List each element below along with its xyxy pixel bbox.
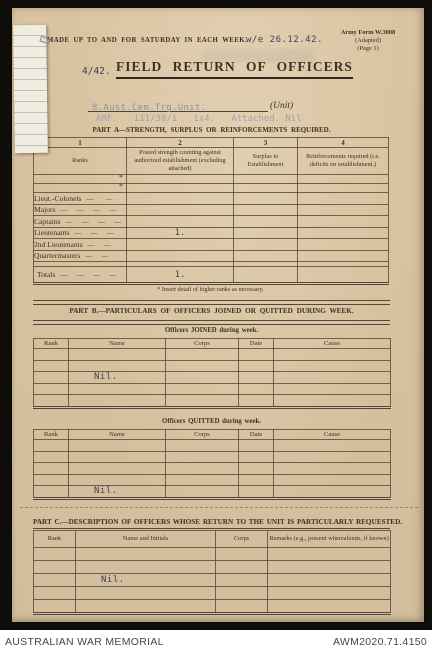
table-cell (274, 463, 391, 475)
table-cell (166, 474, 239, 486)
reinforcements-cell (298, 250, 389, 262)
table-cell (166, 383, 239, 395)
reinforcements-cell (298, 239, 389, 251)
table-row (34, 360, 391, 372)
column-number-row: 1 2 3 4 (34, 138, 389, 148)
table-cell (274, 474, 391, 486)
form-title: FIELD RETURN OF OFFICERS (116, 59, 353, 79)
part-a-table: 1 2 3 4 Ranks Posted strength counting a… (33, 137, 389, 285)
unit-label: (Unit) (270, 101, 293, 111)
table-cell (69, 451, 166, 463)
table-row (34, 383, 391, 395)
officers-joined-table: Rank Name Corps Date Cause Nil. (33, 338, 391, 409)
rank-label: Lieut.-Colonels (34, 194, 81, 203)
quitted-header-row: Rank Name Corps Date Cause (34, 430, 391, 440)
table-cell (69, 474, 166, 486)
name-col-header: Name (69, 430, 166, 440)
rank-label: Majors (34, 205, 56, 214)
table-cell (216, 548, 268, 561)
table-cell (268, 587, 391, 600)
table-row (34, 548, 391, 561)
column-header-row: Ranks Posted strength counting against a… (34, 148, 389, 175)
table-cell (76, 548, 216, 561)
rank-row: Lieut.-Colonels— — (34, 193, 389, 205)
corps-col-header: Corps (216, 531, 268, 548)
table-cell (274, 440, 391, 452)
date-col-header: Date (239, 430, 274, 440)
rank-label-cell: 2nd Lieutenants— — (34, 239, 127, 251)
table-cell (76, 561, 216, 574)
table-cell (239, 349, 274, 361)
surplus-cell (234, 239, 298, 251)
rank-row: Quartermasters— — (34, 250, 389, 262)
surplus-header: Surplus to Establishment (234, 148, 298, 175)
rank-label-cell: Quartermasters— — (34, 250, 127, 262)
awm-id: AWM2020.71.4150 (333, 636, 427, 648)
perforation-dashed-line (20, 507, 418, 508)
part-c-table: Rank Name and Initials Corps Remarks (e.… (33, 530, 391, 615)
rank-label: Quartermasters (34, 251, 80, 260)
part-c-rows: Nil. (34, 548, 391, 614)
table-cell: Nil. (76, 574, 216, 587)
name-initials-col-header: Name and Initials (76, 531, 216, 548)
surplus-cell (234, 227, 298, 239)
rank-row: Captains— — — — (34, 216, 389, 228)
totals-label: Totals (37, 270, 55, 279)
scan-canvas: E MADE UP TO AND FOR SATURDAY IN EACH WE… (0, 0, 432, 653)
table-cell (34, 360, 69, 372)
asterisk-cell: * (34, 184, 127, 193)
table-cell (34, 451, 69, 463)
asterisk-cell: * (34, 175, 127, 184)
totals-row: Totals— — — — 1. (34, 267, 389, 284)
form-number: Army Form W.3008 (317, 29, 419, 37)
posted-strength-header: Posted strength counting against authori… (127, 148, 234, 175)
army-form-paper: E MADE UP TO AND FOR SATURDAY IN EACH WE… (12, 8, 424, 622)
rank-row: Lieutenants— — — 1. (34, 227, 389, 239)
table-cell (127, 184, 234, 193)
rank-label-cell: Captains— — — — (34, 216, 127, 228)
table-cell (69, 349, 166, 361)
table-cell (239, 395, 274, 408)
double-rule (33, 300, 390, 305)
table-cell (239, 383, 274, 395)
rank-label-cell: Lieut.-Colonels— — (34, 193, 127, 205)
table-cell (216, 561, 268, 574)
totals-surplus-cell (234, 267, 298, 284)
lined-paper-scrap (13, 25, 48, 153)
part-c-header-row: Rank Name and Initials Corps Remarks (e.… (34, 531, 391, 548)
higher-rank-row: * (34, 175, 389, 184)
totals-label-cell: Totals— — — — (34, 267, 127, 284)
table-cell (274, 395, 391, 408)
table-cell (76, 600, 216, 614)
rank-row: 2nd Lieutenants— — (34, 239, 389, 251)
table-cell (216, 587, 268, 600)
serial-typed: 4/42. (82, 66, 111, 77)
table-cell: Nil. (69, 486, 166, 499)
cause-col-header: Cause (274, 339, 391, 349)
form-adapted: (Adapted) (317, 37, 419, 45)
officers-joined-title: Officers JOINED during week. (33, 327, 390, 334)
table-row (34, 463, 391, 475)
table-cell (239, 474, 274, 486)
table-cell (298, 175, 389, 184)
table-cell (34, 600, 76, 614)
unit-detail-typed: AMF. 111/30/1 1x4. Attached. Nil (96, 114, 302, 124)
officers-quitted-title: Officers QUITTED during week. (33, 418, 390, 425)
rank-col-header: Rank (34, 339, 69, 349)
officers-quitted-table: Rank Name Corps Date Cause Nil. (33, 429, 391, 500)
posted-cell (127, 216, 234, 228)
unit-name-typed: 8.Aust.Cem.Trg.Unit. (92, 103, 206, 113)
reinforcements-cell (298, 204, 389, 216)
reinforcements-cell (298, 193, 389, 205)
table-cell (239, 486, 274, 499)
form-number-block: Army Form W.3008 (Adapted) (Page 1) (317, 29, 419, 53)
rank-label: Lieutenants (34, 228, 69, 237)
table-cell (34, 474, 69, 486)
table-cell (69, 383, 166, 395)
rank-col-header: Rank (34, 430, 69, 440)
table-cell (166, 440, 239, 452)
table-cell (274, 360, 391, 372)
table-row: Nil. (34, 372, 391, 384)
table-cell (34, 486, 69, 499)
quitted-rows: Nil. (34, 440, 391, 499)
posted-cell (127, 239, 234, 251)
table-cell (239, 451, 274, 463)
totals-reinforcements-cell (298, 267, 389, 284)
form-page: (Page 1) (317, 45, 419, 53)
table-cell (166, 451, 239, 463)
col-number: 2 (127, 138, 234, 148)
posted-cell (127, 193, 234, 205)
dash-leader: — — — — (66, 218, 123, 226)
dash-leader: — — (86, 195, 113, 203)
table-row: Nil. (34, 486, 391, 499)
awm-label: AUSTRALIAN WAR MEMORIAL (5, 636, 164, 648)
table-cell (268, 574, 391, 587)
part-b-heading: PART B.—PARTICULARS OF OFFICERS JOINED O… (33, 307, 390, 315)
table-row (34, 451, 391, 463)
table-cell (34, 463, 69, 475)
table-row (34, 561, 391, 574)
table-cell (34, 372, 69, 384)
dash-leader: — — — (74, 229, 115, 237)
table-cell (216, 574, 268, 587)
table-cell (34, 587, 76, 600)
table-cell (274, 383, 391, 395)
table-row (34, 600, 391, 614)
table-cell (34, 349, 69, 361)
totals-posted-cell: 1. (127, 267, 234, 284)
table-row (34, 349, 391, 361)
posted-cell (127, 250, 234, 262)
rank-label-cell: Lieutenants— — — (34, 227, 127, 239)
table-cell (166, 395, 239, 408)
table-row (34, 587, 391, 600)
table-row (34, 440, 391, 452)
table-cell (34, 574, 76, 587)
part-c-heading: PART C.—DESCRIPTION OF OFFICERS WHOSE RE… (33, 518, 390, 529)
table-cell (274, 451, 391, 463)
table-cell (239, 360, 274, 372)
table-cell (216, 600, 268, 614)
table-cell (268, 600, 391, 614)
surplus-cell (234, 250, 298, 262)
table-cell (34, 395, 69, 408)
dash-leader: — — (88, 241, 112, 249)
table-cell (239, 372, 274, 384)
table-cell (166, 486, 239, 499)
table-cell (274, 372, 391, 384)
col-number: 4 (298, 138, 389, 148)
table-cell (127, 175, 234, 184)
rank-label-cell: Majors— — — — (34, 204, 127, 216)
table-cell (298, 184, 389, 193)
table-cell (34, 561, 76, 574)
posted-cell: 1. (127, 227, 234, 239)
table-cell (239, 440, 274, 452)
joined-header-row: Rank Name Corps Date Cause (34, 339, 391, 349)
rank-label: Captains (34, 217, 61, 226)
table-cell (234, 184, 298, 193)
dash-leader: — — — — (60, 271, 117, 279)
dash-leader: — — (85, 252, 109, 260)
dash-leader: — — — — (61, 206, 118, 214)
table-row (34, 474, 391, 486)
reinforcements-cell (298, 227, 389, 239)
table-cell (76, 587, 216, 600)
table-cell (166, 360, 239, 372)
part-a-heading: PART A—STRENGTH, SURPLUS OR REINFORCEMEN… (33, 126, 390, 134)
corps-col-header: Corps (166, 339, 239, 349)
table-cell (268, 548, 391, 561)
table-row: Nil. (34, 574, 391, 587)
table-cell (34, 440, 69, 452)
reinforcements-cell (298, 216, 389, 228)
week-ending-typed: w/e 26.12.42. (246, 35, 323, 45)
col-number: 3 (234, 138, 298, 148)
table-cell (69, 440, 166, 452)
rank-row: Majors— — — — (34, 204, 389, 216)
table-cell (166, 372, 239, 384)
table-cell (268, 561, 391, 574)
surplus-cell (234, 193, 298, 205)
surplus-cell (234, 204, 298, 216)
table-cell (34, 548, 76, 561)
table-cell (274, 486, 391, 499)
table-cell (166, 463, 239, 475)
reinforcements-header: Reinforcements required (i.e. deficits o… (298, 148, 389, 175)
remarks-col-header: Remarks (e.g., present whereabouts, if k… (268, 531, 391, 548)
rank-label: 2nd Lieutenants (34, 240, 83, 249)
table-cell (69, 463, 166, 475)
table-cell (34, 383, 69, 395)
table-cell (69, 395, 166, 408)
higher-rank-row: * (34, 184, 389, 193)
corps-col-header: Corps (166, 430, 239, 440)
table-cell (69, 360, 166, 372)
table-cell (166, 349, 239, 361)
weekly-instruction: E MADE UP TO AND FOR SATURDAY IN EACH WE… (38, 37, 247, 44)
date-col-header: Date (239, 339, 274, 349)
posted-cell (127, 204, 234, 216)
joined-rows: Nil. (34, 349, 391, 408)
table-cell (239, 463, 274, 475)
surplus-cell (234, 216, 298, 228)
part-a-footnote: * Insert detail of higher ranks as neces… (33, 286, 388, 293)
rank-col-header: Rank (34, 531, 76, 548)
watermark-bar: AUSTRALIAN WAR MEMORIAL AWM2020.71.4150 (0, 630, 432, 653)
table-cell (234, 175, 298, 184)
table-row (34, 395, 391, 408)
cause-col-header: Cause (274, 430, 391, 440)
table-cell (274, 349, 391, 361)
name-col-header: Name (69, 339, 166, 349)
table-cell: Nil. (69, 372, 166, 384)
double-rule (33, 320, 390, 325)
